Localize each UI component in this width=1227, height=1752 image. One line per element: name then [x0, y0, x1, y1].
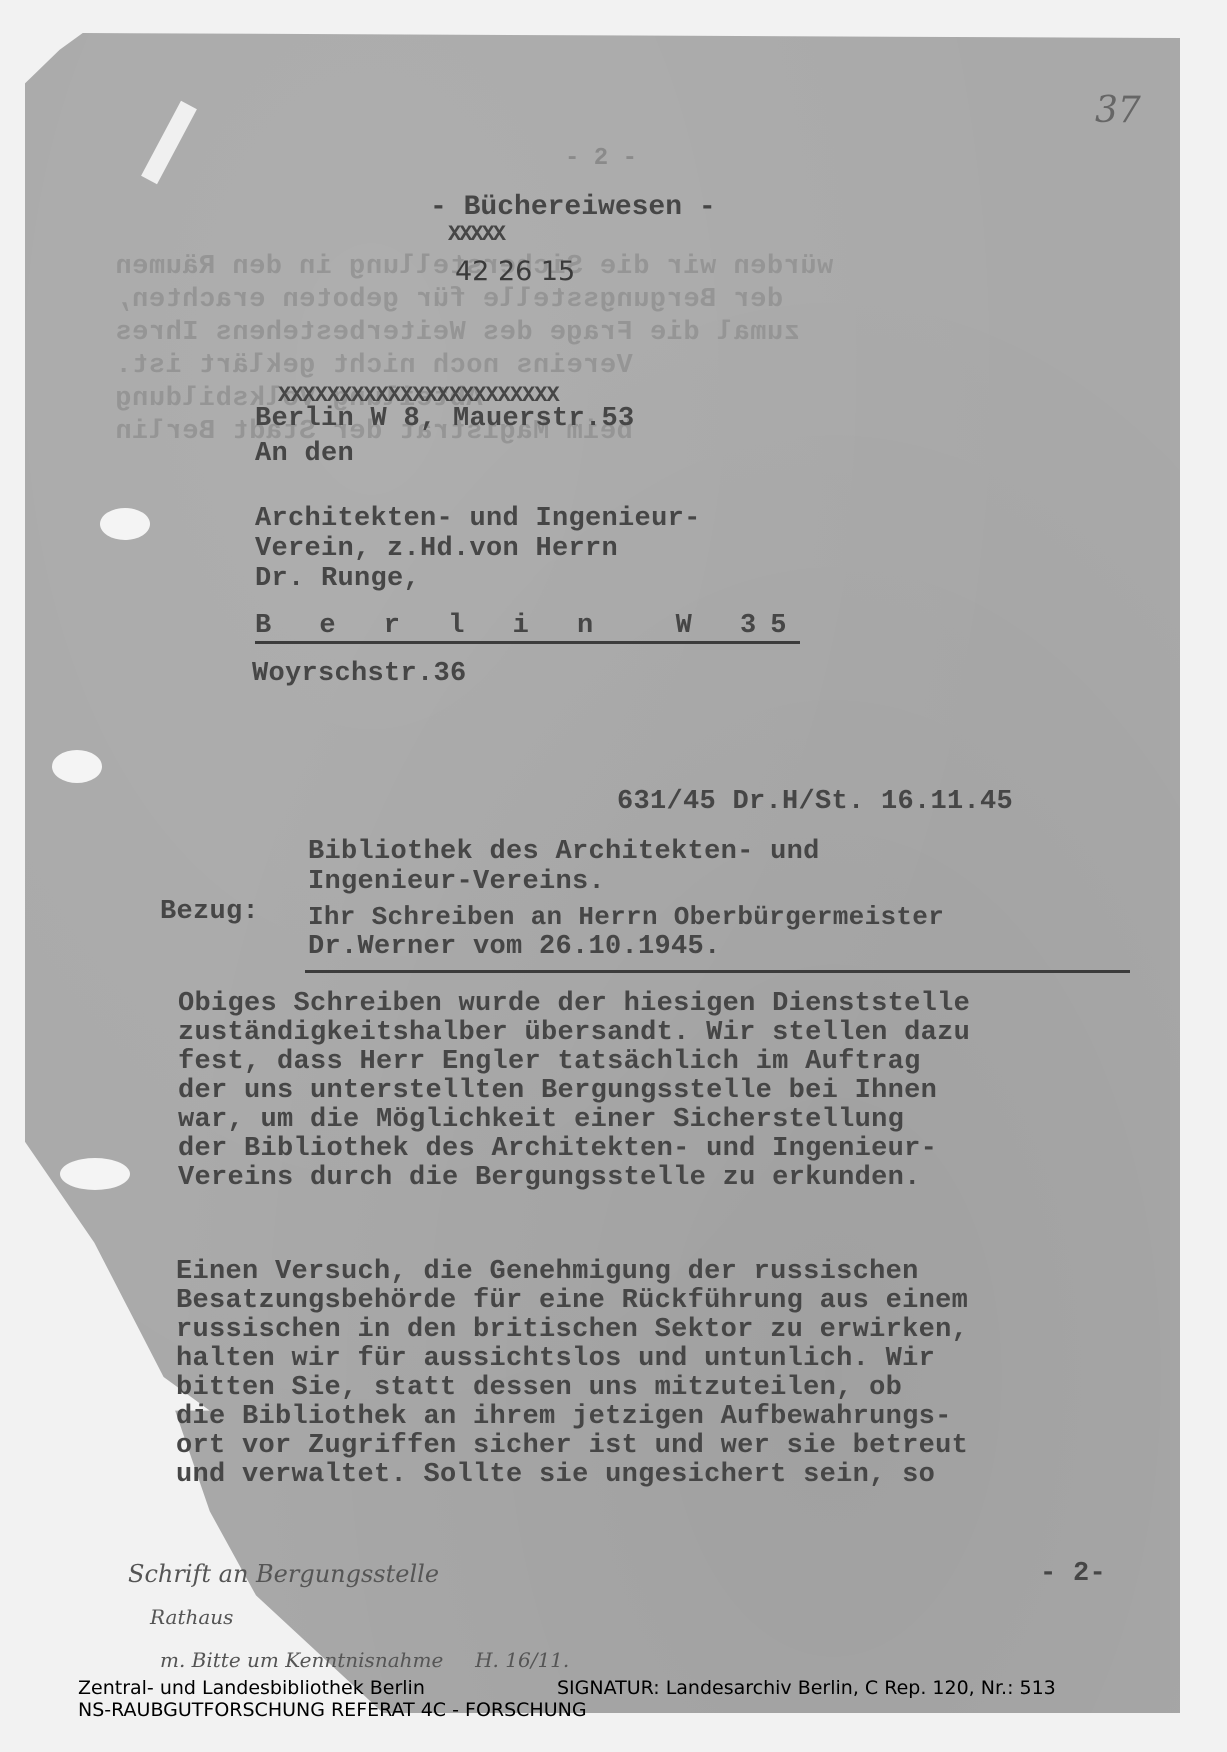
- punch-hole-middle: [52, 750, 102, 783]
- punch-hole-bottom: [60, 1158, 130, 1190]
- paragraph-line: halten wir für aussichtslos und untunlic…: [176, 1345, 968, 1374]
- paragraph-line: und verwaltet. Sollte sie ungesichert se…: [176, 1461, 968, 1490]
- recipient-line-2: Architekten- und Ingenieur-: [255, 505, 701, 534]
- footer-project: NS-RAUBGUTFORSCHUNG REFERAT 4C - FORSCHU…: [78, 1699, 587, 1721]
- recipient-line-3: Verein, z.Hd.von Herrn: [255, 535, 618, 564]
- struck-code: XXXXX: [448, 222, 504, 247]
- folio-number: 37: [1095, 90, 1141, 131]
- bleed-line: der Bergungsstelle für geboten erachten,: [115, 284, 843, 317]
- paragraph-line: der Bibliothek des Architekten- und Inge…: [178, 1135, 970, 1164]
- paragraph-line: Einen Versuch, die Genehmigung der russi…: [176, 1258, 968, 1287]
- paragraph-line: fest, dass Herr Engler tatsächlich im Au…: [178, 1048, 970, 1077]
- paragraph-line: Obiges Schreiben wurde der hiesigen Dien…: [178, 990, 970, 1019]
- paragraph-1: Obiges Schreiben wurde der hiesigen Dien…: [178, 990, 970, 1193]
- bezug-line-2: Dr.Werner vom 26.10.1945.: [308, 933, 721, 962]
- paragraph-line: russischen in den britischen Sektor zu e…: [176, 1316, 968, 1345]
- bleed-line: zumal die Frage des Weiterbestehens Ihre…: [115, 317, 843, 350]
- paragraph-line: bitten Sie, statt dessen uns mitzuteilen…: [176, 1374, 968, 1403]
- recipient-city: B e r l i n W 35: [255, 612, 800, 644]
- page-marker-top: - 2 -: [565, 145, 637, 172]
- punch-hole-top: [100, 508, 150, 540]
- handwritten-note-3: m. Bitte um Kenntnisnahme H. 16/11.: [160, 1648, 569, 1672]
- footer-signature: SIGNATUR: Landesarchiv Berlin, C Rep. 12…: [557, 1677, 1056, 1699]
- subject-line-2: Ingenieur-Vereins.: [308, 868, 605, 897]
- paragraph-line: war, um die Möglichkeit einer Sicherstel…: [178, 1106, 970, 1135]
- department-heading: - Büchereiwesen -: [430, 192, 716, 223]
- bleed-line: Vereins noch nicht geklärt ist.: [115, 350, 843, 383]
- bezug-line-1: Ihr Schreiben an Herrn Oberbürgermeister: [308, 903, 944, 932]
- paragraph-line: Vereins durch die Bergungsstelle zu erku…: [178, 1164, 970, 1193]
- handwritten-note-2: Rathaus: [150, 1605, 233, 1629]
- subject-line-1: Bibliothek des Architekten- und: [308, 838, 820, 867]
- phone-number: 42 26 15: [455, 256, 575, 287]
- paragraph-line: der uns unterstellten Bergungsstelle bei…: [178, 1077, 970, 1106]
- recipient-street: Woyrschstr.36: [252, 660, 467, 689]
- footer-institution: Zentral- und Landesbibliothek Berlin: [78, 1677, 425, 1699]
- paragraph-line: ort vor Zugriffen sicher ist und wer sie…: [176, 1432, 968, 1461]
- handwritten-note-1: Schrift an Bergungsstelle: [128, 1560, 439, 1588]
- paragraph-line: zuständigkeitshalber übersandt. Wir stel…: [178, 1019, 970, 1048]
- reference-line: 631/45 Dr.H/St. 16.11.45: [617, 788, 1013, 817]
- paragraph-2: Einen Versuch, die Genehmigung der russi…: [176, 1258, 968, 1490]
- recipient-line-1: An den: [255, 440, 354, 469]
- paragraph-line: die Bibliothek an ihrem jetzigen Aufbewa…: [176, 1403, 968, 1432]
- recipient-line-4: Dr. Runge,: [255, 565, 420, 594]
- page-marker-bottom: - 2-: [1040, 1560, 1106, 1589]
- sender-address: Berlin W 8, Mauerstr.53: [255, 405, 635, 434]
- bezug-underline: [305, 970, 1130, 973]
- bezug-label: Bezug:: [160, 898, 259, 927]
- paragraph-line: Besatzungsbehörde für eine Rückführung a…: [176, 1287, 968, 1316]
